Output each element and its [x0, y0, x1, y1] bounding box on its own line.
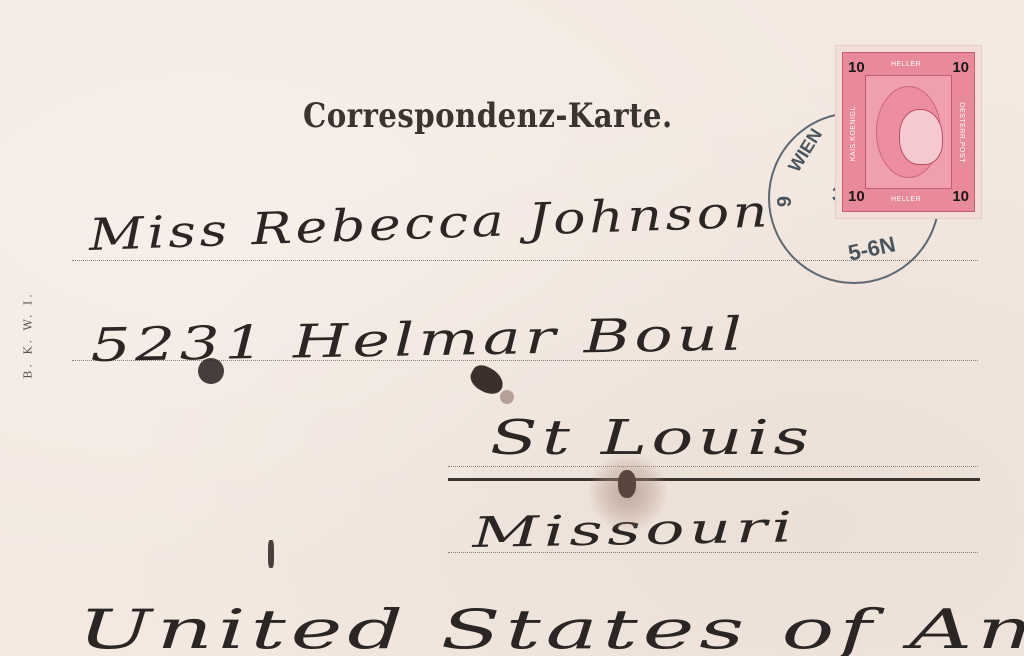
stamp-portrait-oval [876, 86, 941, 178]
stamp-value-top-right: 10 [952, 59, 969, 76]
stamp-value-bottom-left: 10 [848, 188, 865, 205]
postmark-left-fragment: 9 [774, 196, 797, 207]
ink-stain [500, 390, 514, 404]
ink-speck [268, 540, 274, 568]
stamp-value-bottom-right: 10 [952, 188, 969, 205]
recipient-name: Miss Rebecca Johnson [88, 186, 772, 261]
stamp-left-label: KAIS.KOENIGL. [850, 104, 857, 161]
stamp-top-label: HELLER [891, 61, 921, 68]
postcard-back: Correspondenz-Karte. B. K. W. I. Miss Re… [0, 0, 1024, 656]
city: St Louis [490, 410, 814, 466]
address-underline-heavy [448, 478, 980, 481]
ink-blot [618, 470, 636, 498]
address-line-3 [448, 466, 978, 467]
street-address: 5231 Helmar Boul [90, 307, 747, 372]
stamp-frame: 10 10 10 10 HELLER HELLER KAIS.KOENIGL. … [842, 52, 975, 212]
publisher-imprint: B. K. W. I. [22, 291, 35, 379]
emperor-portrait-icon [899, 109, 943, 165]
stamp-bottom-label: HELLER [891, 196, 921, 203]
postcard-heading: Correspondenz-Karte. [303, 96, 673, 136]
ink-smudge [198, 358, 224, 384]
stamp-value-top-left: 10 [848, 59, 865, 76]
postage-stamp: 10 10 10 10 HELLER HELLER KAIS.KOENIGL. … [836, 46, 981, 218]
stamp-right-label: OESTERR.POST [958, 102, 965, 163]
country: United States of America [78, 598, 1024, 656]
stamp-portrait-panel [865, 75, 952, 189]
